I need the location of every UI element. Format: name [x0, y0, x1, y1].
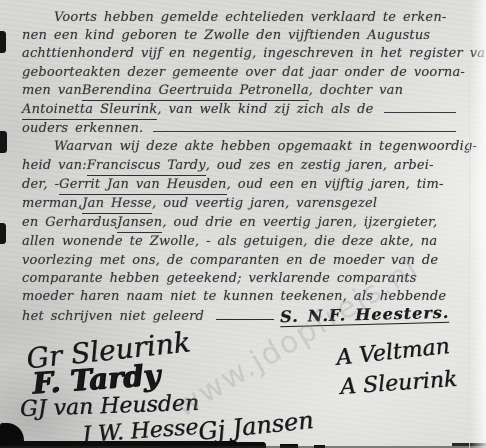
- scan-edge-artifact: [0, 31, 6, 53]
- signature-veltman: A Veltman: [335, 334, 451, 371]
- scan-edge-artifact: [0, 223, 6, 244]
- act-line: Antoinetta Sleurink, van welk kind zij z…: [22, 101, 458, 120]
- act-text-segment: Gerrit Jan van Heusden: [59, 176, 226, 195]
- act-text-segment: Jan Hesse: [82, 195, 152, 214]
- act-text-segment: allen wonende te Zwolle, - als getuigen,…: [22, 233, 437, 251]
- act-text-segment: het schrijven niet geleerd: [22, 308, 204, 326]
- act-text-segment: nen een kind geboren te Zwolle den vijft…: [22, 27, 430, 45]
- act-line: achttienhonderd vijf en negentig, ingesc…: [22, 45, 458, 63]
- act-line: der, - Gerrit Jan van Heusden, oud een e…: [22, 176, 458, 195]
- act-text-segment: Berendina Geertruida Petronella: [82, 82, 309, 101]
- act-text-segment: ouders erkennen.: [22, 120, 143, 138]
- signature-jansen: Gj Jansen: [197, 406, 315, 446]
- act-text-segment: Jansen: [117, 214, 162, 233]
- act-text-segment: men van: [22, 82, 82, 100]
- act-text-segment: der, -: [22, 176, 59, 194]
- act-text-segment: , oud zes en zestig jaren, arbei-: [206, 157, 434, 175]
- act-line: het schrijven niet geleerdS. N.F. Heeste…: [22, 306, 458, 326]
- act-text-segment: , van welk kind zij zich als de: [157, 101, 373, 119]
- act-text-segment: achttienhonderd vijf en negentig, ingesc…: [22, 45, 486, 63]
- document-scan: Voorts hebben gemelde echtelieden verkla…: [0, 0, 486, 448]
- ink-rule: [153, 131, 456, 132]
- signature-sleurink-a: A Sleurink: [339, 367, 458, 400]
- act-text-segment: Franciscus Tardy: [87, 157, 206, 176]
- act-line: voorlezing met ons, de comparanten en de…: [22, 252, 458, 270]
- act-line: en Gerhardus Jansen, oud drie en veertig…: [22, 214, 458, 233]
- act-text-segment: heid van:: [22, 157, 87, 175]
- ink-dash: [216, 319, 274, 320]
- act-text-segment: Waarvan wij deze akte hebben opgemaakt i…: [54, 138, 477, 156]
- act-text-segment: voorlezing met ons, de comparanten en de…: [22, 252, 438, 270]
- act-text: Voorts hebben gemelde echtelieden verkla…: [22, 9, 458, 326]
- act-text-segment: merman,: [22, 195, 82, 213]
- act-line: geboorteakten dezer gemeente over dat ja…: [22, 64, 458, 82]
- act-line: merman, Jan Hesse, oud veertig jaren, va…: [22, 195, 458, 214]
- act-line: Voorts hebben gemelde echtelieden verkla…: [22, 9, 458, 27]
- act-text-segment: , oud een en vijftig jaren, tim-: [227, 176, 444, 194]
- act-text-segment: Voorts hebben gemelde echtelieden verkla…: [54, 9, 446, 27]
- act-line: men van Berendina Geertruida Petronella,…: [22, 82, 458, 101]
- ink-rule: [384, 112, 456, 113]
- act-line: heid van: Franciscus Tardy, oud zes en z…: [22, 157, 458, 176]
- paper-right-edge: [469, 0, 486, 448]
- act-line: comparante hebben geteekend; verklarende…: [22, 270, 458, 288]
- act-line: Waarvan wij deze akte hebben opgemaakt i…: [22, 138, 458, 156]
- act-line: ouders erkennen.: [22, 120, 458, 138]
- act-text-segment: en Gerhardus: [22, 214, 117, 232]
- act-text-segment: , dochter van: [309, 82, 403, 100]
- act-text-segment: , oud drie en veertig jaren, ijzergieter…: [162, 214, 437, 232]
- act-text-segment: Antoinetta Sleurink: [22, 101, 157, 120]
- scan-edge-artifact: [0, 131, 7, 153]
- act-text-segment: comparante hebben geteekend; verklarende…: [22, 270, 417, 288]
- act-line: allen wonende te Zwolle, - als getuigen,…: [22, 233, 458, 251]
- act-text-segment: geboorteakten dezer gemeente over dat ja…: [22, 64, 465, 82]
- clerk-annotation: S. N.F. Heesters.: [280, 304, 450, 328]
- act-line: nen een kind geboren te Zwolle den vijft…: [22, 27, 458, 45]
- act-text-segment: , oud veertig jaren, varensgezel: [152, 195, 377, 213]
